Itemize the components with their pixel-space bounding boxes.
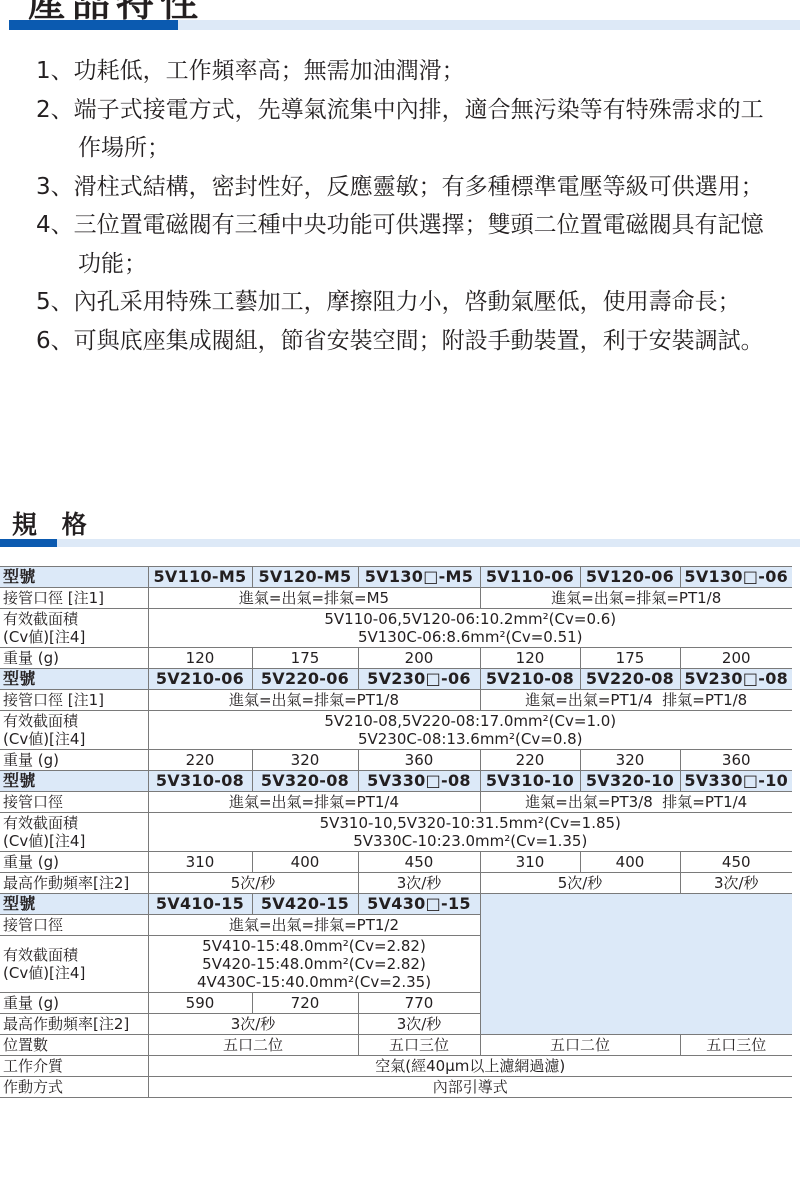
model-cell: 5V120-M5: [252, 567, 358, 588]
weight-cell: 450: [358, 852, 480, 873]
feature-list: 1、功耗低，工作頻率高；無需加油潤滑； 2、端子式接電方式，先導氣流集中內排，適…: [36, 52, 776, 360]
port-cell: 進氣=出氣=PT1/4 排氣=PT1/8: [480, 690, 792, 711]
spec-table: 型號 5V110-M5 5V120-M5 5V130□-M5 5V110-06 …: [0, 566, 792, 1098]
weight-cell: 360: [358, 750, 480, 771]
model-cell: 5V120-06: [580, 567, 680, 588]
model-cell: 5V220-06: [252, 669, 358, 690]
model-cell: 5V210-06: [148, 669, 252, 690]
actuation-cell: 內部引導式: [148, 1077, 792, 1098]
area-cell: 5V310-10,5V320-10:31.5mm²(Cv=1.85)5V330C…: [148, 813, 792, 852]
label-port: 接管口徑: [0, 792, 148, 813]
weight-cell: 400: [252, 852, 358, 873]
weight-cell: 360: [680, 750, 792, 771]
label-weight: 重量 (g): [0, 993, 148, 1014]
weight-cell: 320: [252, 750, 358, 771]
model-cell: 5V130□-06: [680, 567, 792, 588]
model-header-row: 型號 5V410-15 5V420-15 5V430□-15: [0, 894, 792, 915]
feature-item: 5、內孔采用特殊工藝加工，摩擦阻力小，啓動氣壓低，使用壽命長；: [36, 283, 776, 322]
model-header-row: 型號 5V210-06 5V220-06 5V230□-06 5V210-08 …: [0, 669, 792, 690]
label-area: 有效截面積(Cv値)[注4]: [0, 609, 148, 648]
port-cell: 進氣=出氣=排氣=PT1/8: [480, 588, 792, 609]
port-row: 接管口徑 [注1] 進氣=出氣=排氣=PT1/8 進氣=出氣=PT1/4 排氣=…: [0, 690, 792, 711]
freq-row: 最高作動頻率[注2] 5次/秒 3次/秒 5次/秒 3次/秒: [0, 873, 792, 894]
weight-row: 重量 (g) 310 400 450 310 400 450: [0, 852, 792, 873]
medium-row: 工作介質 空氣(經40μm以上濾網過濾): [0, 1056, 792, 1077]
label-weight: 重量 (g): [0, 648, 148, 669]
area-row: 有效截面積(Cv値)[注4] 5V210-08,5V220-08:17.0mm²…: [0, 711, 792, 750]
model-cell: 5V230□-08: [680, 669, 792, 690]
model-cell: 5V230□-06: [358, 669, 480, 690]
model-cell: 5V430□-15: [358, 894, 480, 915]
medium-cell: 空氣(經40μm以上濾網過濾): [148, 1056, 792, 1077]
label-model: 型號: [0, 669, 148, 690]
weight-cell: 220: [480, 750, 580, 771]
area-cell: 5V110-06,5V120-06:10.2mm²(Cv=0.6)5V130C-…: [148, 609, 792, 648]
weight-cell: 400: [580, 852, 680, 873]
freq-cell: 3次/秒: [148, 1014, 358, 1035]
label-weight: 重量 (g): [0, 750, 148, 771]
weight-cell: 720: [252, 993, 358, 1014]
label-port: 接管口徑: [0, 915, 148, 936]
port-cell: 進氣=出氣=排氣=M5: [148, 588, 480, 609]
model-cell: 5V410-15: [148, 894, 252, 915]
weight-cell: 310: [480, 852, 580, 873]
weight-row: 重量 (g) 120 175 200 120 175 200: [0, 648, 792, 669]
weight-cell: 120: [480, 648, 580, 669]
model-cell: 5V210-08: [480, 669, 580, 690]
model-cell: 5V110-M5: [148, 567, 252, 588]
label-actuation: 作動方式: [0, 1077, 148, 1098]
weight-cell: 175: [580, 648, 680, 669]
area-row: 有效截面積(Cv値)[注4] 5V310-10,5V320-10:31.5mm²…: [0, 813, 792, 852]
area-cell: 5V410-15:48.0mm²(Cv=2.82)5V420-15:48.0mm…: [148, 936, 480, 993]
feature-item: 6、可與底座集成閥組，節省安裝空間；附設手動裝置，利于安裝調試。: [36, 322, 776, 361]
area-row: 有效截面積(Cv値)[注4] 5V110-06,5V120-06:10.2mm²…: [0, 609, 792, 648]
model-cell: 5V420-15: [252, 894, 358, 915]
port-row: 接管口徑 進氣=出氣=排氣=PT1/4 進氣=出氣=PT3/8 排氣=PT1/4: [0, 792, 792, 813]
model-cell: 5V330□-10: [680, 771, 792, 792]
label-weight: 重量 (g): [0, 852, 148, 873]
spec-section-title: 規 格: [12, 505, 95, 541]
feature-item: 4、三位置電磁閥有三種中央功能可供選擇；雙頭二位置電磁閥具有記憶功能；: [36, 206, 776, 283]
feature-item: 2、端子式接電方式，先導氣流集中內排，適合無污染等有特殊需求的工作場所；: [36, 91, 776, 168]
feature-item: 1、功耗低，工作頻率高；無需加油潤滑；: [36, 52, 776, 91]
freq-cell: 5次/秒: [480, 873, 680, 894]
label-freq: 最高作動頻率[注2]: [0, 1014, 148, 1035]
label-model: 型號: [0, 567, 148, 588]
area-cell: 5V210-08,5V220-08:17.0mm²(Cv=1.0)5V230C-…: [148, 711, 792, 750]
label-port: 接管口徑 [注1]: [0, 588, 148, 609]
weight-cell: 200: [358, 648, 480, 669]
actuation-row: 作動方式 內部引導式: [0, 1077, 792, 1098]
label-area: 有效截面積(Cv値)[注4]: [0, 711, 148, 750]
port-cell: 進氣=出氣=排氣=PT1/2: [148, 915, 480, 936]
empty-area: [480, 894, 792, 1035]
port-cell: 進氣=出氣=PT3/8 排氣=PT1/4: [480, 792, 792, 813]
positions-cell: 五口三位: [680, 1035, 792, 1056]
freq-cell: 3次/秒: [358, 873, 480, 894]
model-cell: 5V320-08: [252, 771, 358, 792]
label-medium: 工作介質: [0, 1056, 148, 1077]
feature-item: 3、滑柱式結構，密封性好，反應靈敏；有多種標準電壓等級可供選用；: [36, 168, 776, 207]
label-port: 接管口徑 [注1]: [0, 690, 148, 711]
weight-cell: 200: [680, 648, 792, 669]
port-cell: 進氣=出氣=排氣=PT1/4: [148, 792, 480, 813]
label-model: 型號: [0, 771, 148, 792]
freq-cell: 3次/秒: [680, 873, 792, 894]
model-cell: 5V330□-08: [358, 771, 480, 792]
model-cell: 5V320-10: [580, 771, 680, 792]
positions-cell: 五口三位: [358, 1035, 480, 1056]
weight-cell: 450: [680, 852, 792, 873]
label-positions: 位置數: [0, 1035, 148, 1056]
model-cell: 5V310-10: [480, 771, 580, 792]
weight-row: 重量 (g) 220 320 360 220 320 360: [0, 750, 792, 771]
weight-cell: 175: [252, 648, 358, 669]
model-cell: 5V130□-M5: [358, 567, 480, 588]
label-area: 有效截面積(Cv値)[注4]: [0, 936, 148, 993]
weight-cell: 590: [148, 993, 252, 1014]
model-header-row: 型號 5V310-08 5V320-08 5V330□-08 5V310-10 …: [0, 771, 792, 792]
freq-cell: 3次/秒: [358, 1014, 480, 1035]
section-divider-accent: [9, 20, 178, 30]
positions-row: 位置數 五口二位 五口三位 五口二位 五口三位: [0, 1035, 792, 1056]
label-freq: 最高作動頻率[注2]: [0, 873, 148, 894]
section-divider: [9, 20, 800, 30]
positions-cell: 五口二位: [480, 1035, 680, 1056]
model-cell: 5V110-06: [480, 567, 580, 588]
weight-cell: 120: [148, 648, 252, 669]
label-area: 有效截面積(Cv値)[注4]: [0, 813, 148, 852]
positions-cell: 五口二位: [148, 1035, 358, 1056]
port-cell: 進氣=出氣=排氣=PT1/8: [148, 690, 480, 711]
model-header-row: 型號 5V110-M5 5V120-M5 5V130□-M5 5V110-06 …: [0, 567, 792, 588]
section-divider: [0, 539, 800, 547]
port-row: 接管口徑 [注1] 進氣=出氣=排氣=M5 進氣=出氣=排氣=PT1/8: [0, 588, 792, 609]
model-cell: 5V220-08: [580, 669, 680, 690]
weight-cell: 310: [148, 852, 252, 873]
model-cell: 5V310-08: [148, 771, 252, 792]
weight-cell: 770: [358, 993, 480, 1014]
freq-cell: 5次/秒: [148, 873, 358, 894]
section-divider-accent: [0, 539, 57, 547]
label-model: 型號: [0, 894, 148, 915]
weight-cell: 320: [580, 750, 680, 771]
weight-cell: 220: [148, 750, 252, 771]
